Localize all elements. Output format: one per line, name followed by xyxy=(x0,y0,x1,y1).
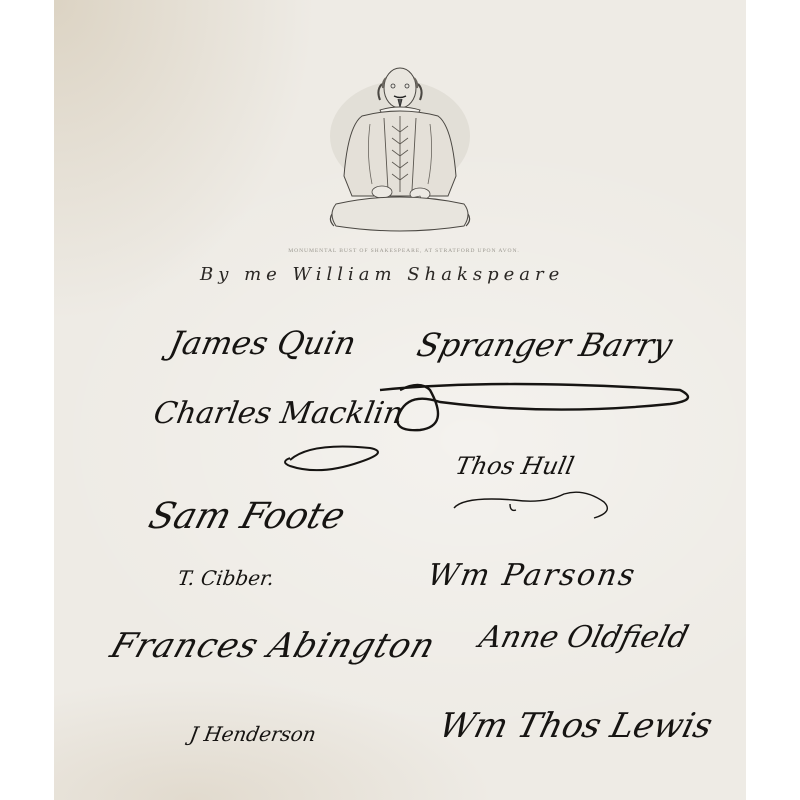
signature-macklin: Charles Macklin xyxy=(151,396,406,431)
signature-abington: Frances Abington xyxy=(106,626,441,666)
signature-foote: Sam Foote xyxy=(144,496,350,537)
signature-cibber: T. Cibber. xyxy=(176,566,275,590)
bust-illustration-icon xyxy=(322,66,478,234)
signature-quin: James Quin xyxy=(166,324,360,362)
signature-hull: Thos Hull xyxy=(453,452,577,480)
macklin-flourish-icon xyxy=(282,440,392,474)
signature-oldfield: Anne Oldfield xyxy=(476,620,692,655)
shakespeare-bust-engraving xyxy=(322,66,478,234)
signature-lewis: Wm Thos Lewis xyxy=(435,706,716,746)
hull-flourish-icon xyxy=(450,486,620,520)
signature-barry: Spranger Barry xyxy=(413,326,676,364)
barry-flourish-icon xyxy=(380,372,700,442)
signature-parsons: Wm Parsons xyxy=(425,558,639,593)
signature-henderson: J Henderson xyxy=(188,722,318,746)
signature-shakespeare: By me William Shakspeare xyxy=(200,264,564,285)
engraving-caption: MONUMENTAL BUST OF SHAKESPEARE, AT STRAT… xyxy=(254,248,554,254)
